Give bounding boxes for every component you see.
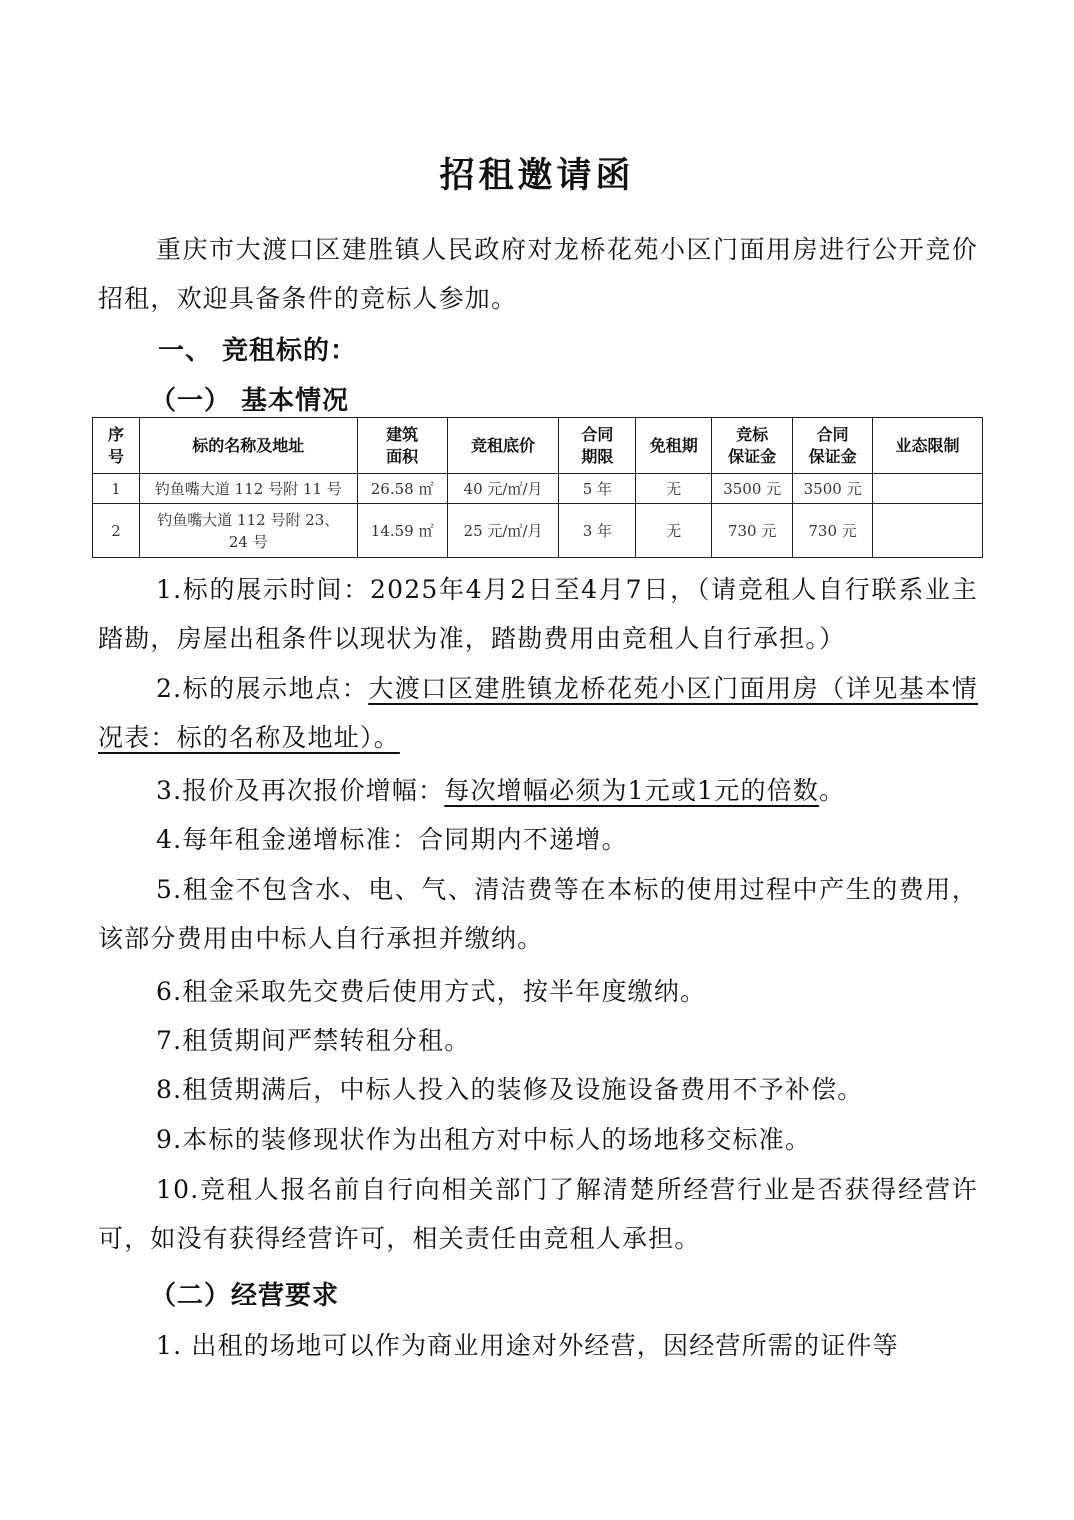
item-10-business-license: 10.竞租人报名前自行向相关部门了解清楚所经营行业是否获得经营许可，如没有获得经…: [98, 1165, 978, 1263]
item-2-label: 2.标的展示地点：: [156, 674, 368, 703]
cell-contract-deposit: 3500 元: [793, 474, 873, 504]
cell-rent-free: 无: [636, 504, 712, 558]
item-6-payment: 6.租金采取先交费后使用方式，按半年度缴纳。: [98, 967, 978, 1016]
cell-restriction: [873, 474, 983, 504]
item-3-label: 3.报价及再次报价增幅：: [156, 776, 444, 805]
item-3-increment-underlined: 每次增幅必须为1元或1元的倍数: [444, 776, 819, 805]
cell-name-address: 钓鱼嘴大道 112 号附 11 号: [139, 474, 357, 504]
cell-area: 14.59 ㎡: [357, 504, 447, 558]
item-8-no-compensation: 8.租赁期满后，中标人投入的装修及设施设备费用不予补偿。: [98, 1065, 978, 1114]
header-index: 序号: [93, 418, 140, 474]
cell-bid-deposit: 730 元: [712, 504, 793, 558]
cell-term: 5 年: [559, 474, 636, 504]
cell-index: 2: [93, 504, 140, 558]
header-bid-deposit: 竞标保证金: [712, 418, 793, 474]
header-restriction: 业态限制: [873, 418, 983, 474]
cell-term: 3 年: [559, 504, 636, 558]
subsection-heading-basic-info: （一） 基本情况: [150, 380, 349, 417]
header-contract-deposit: 合同保证金: [793, 418, 873, 474]
table-row: 2 钓鱼嘴大道 112 号附 23、24 号 14.59 ㎡ 25 元/㎡/月 …: [93, 504, 983, 558]
item-1-display-time: 1.标的展示时间：2025年4月2日至4月7日，（请竞租人自行联系业主踏勘，房屋…: [98, 565, 978, 663]
cell-area: 26.58 ㎡: [357, 474, 447, 504]
item-4-rent-increase: 4.每年租金递增标准：合同期内不递增。: [98, 815, 978, 864]
header-name-address: 标的名称及地址: [139, 418, 357, 474]
cell-base-price: 25 元/㎡/月: [447, 504, 559, 558]
document-title: 招租邀请函: [0, 148, 1074, 198]
header-term: 合同期限: [559, 418, 636, 474]
cell-restriction: [873, 504, 983, 558]
cell-index: 1: [93, 474, 140, 504]
cell-rent-free: 无: [636, 474, 712, 504]
cell-contract-deposit: 730 元: [793, 504, 873, 558]
basic-info-table: 序号 标的名称及地址 建筑面积 竞租底价 合同期限 免租期 竞标保证金 合同保证…: [92, 417, 983, 558]
cell-bid-deposit: 3500 元: [712, 474, 793, 504]
table-row: 1 钓鱼嘴大道 112 号附 11 号 26.58 ㎡ 40 元/㎡/月 5 年…: [93, 474, 983, 504]
item-7-no-sublet: 7.租赁期间严禁转租分租。: [98, 1016, 978, 1065]
table-header-row: 序号 标的名称及地址 建筑面积 竞租底价 合同期限 免租期 竞标保证金 合同保证…: [93, 418, 983, 474]
cell-base-price: 40 元/㎡/月: [447, 474, 559, 504]
item-5-utilities: 5.租金不包含水、电、气、清洁费等在本标的使用过程中产生的费用，该部分费用由中标…: [98, 865, 978, 963]
intro-paragraph: 重庆市大渡口区建胜镇人民政府对龙桥花苑小区门面用房进行公开竞价招租，欢迎具备条件…: [98, 225, 978, 323]
header-base-price: 竞租底价: [447, 418, 559, 474]
item-3-bid-increment: 3.报价及再次报价增幅：每次增幅必须为1元或1元的倍数。: [98, 766, 978, 815]
cell-name-address: 钓鱼嘴大道 112 号附 23、24 号: [139, 504, 357, 558]
item-9-handover-standard: 9.本标的装修现状作为出租方对中标人的场地移交标准。: [98, 1115, 978, 1164]
operation-requirement-1: 1. 出租的场地可以作为商业用途对外经营，因经营所需的证件等: [98, 1321, 978, 1370]
header-rent-free: 免租期: [636, 418, 712, 474]
header-area: 建筑面积: [357, 418, 447, 474]
subsection-heading-operation-requirements: （二）经营要求: [150, 1275, 339, 1312]
intro-line-1: 重庆市大渡口区建胜镇人民政府对龙桥花苑小区门面用房进行公开: [156, 235, 925, 264]
item-2-display-location: 2.标的展示地点：大渡口区建胜镇龙桥花苑小区门面用房（详见基本情况表：标的名称及…: [98, 664, 978, 762]
section-heading-bidding-target: 一、 竞租标的：: [158, 330, 357, 367]
